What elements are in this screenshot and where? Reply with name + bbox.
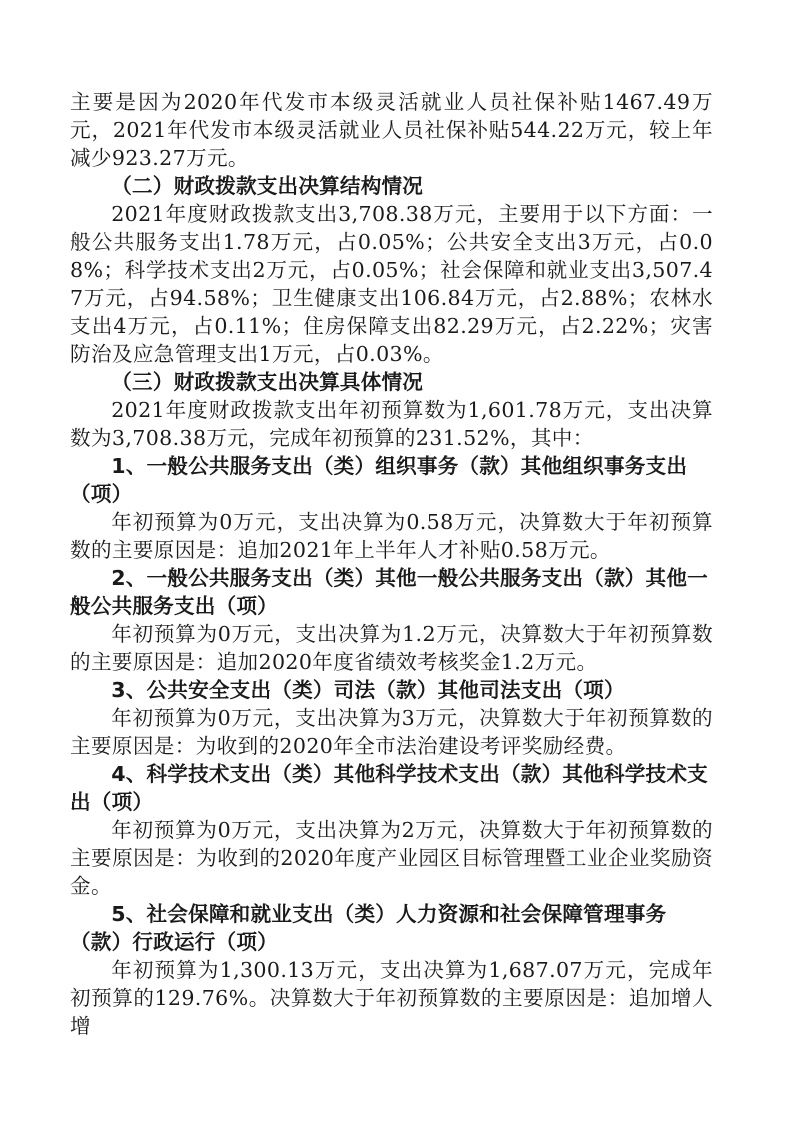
- item-paragraph-2: 年初预算为0万元，支出决算为1.2万元，决算数大于年初预算数的主要原因是：追加2…: [70, 620, 713, 676]
- paragraph-expenditure-overview: 2021年度财政拨款支出年初预算数为1,601.78万元，支出决算数为3,708…: [70, 396, 713, 452]
- section-heading-3: （三）财政拨款支出决算具体情况: [70, 368, 713, 396]
- item-paragraph-3: 年初预算为0万元，支出决算为3万元，决算数大于年初预算数的主要原因是：为收到的2…: [70, 704, 713, 760]
- section-heading-2: （二）财政拨款支出决算结构情况: [70, 172, 713, 200]
- item-heading-2: 2、一般公共服务支出（类）其他一般公共服务支出（款）其他一般公共服务支出（项）: [70, 564, 713, 620]
- item-paragraph-4: 年初预算为0万元，支出决算为2万元，决算数大于年初预算数的主要原因是：为收到的2…: [70, 816, 713, 900]
- item-heading-4: 4、科学技术支出（类）其他科学技术支出（款）其他科学技术支出（项）: [70, 760, 713, 816]
- item-paragraph-5: 年初预算为1,300.13万元，支出决算为1,687.07万元，完成年初预算的1…: [70, 956, 713, 1040]
- item-heading-1: 1、一般公共服务支出（类）组织事务（款）其他组织事务支出（项）: [70, 452, 713, 508]
- item-heading-5: 5、社会保障和就业支出（类）人力资源和社会保障管理事务（款）行政运行（项）: [70, 900, 713, 956]
- paragraph-expenditure-structure: 2021年度财政拨款支出3,708.38万元，主要用于以下方面：一般公共服务支出…: [70, 200, 713, 368]
- item-paragraph-1: 年初预算为0万元，支出决算为0.58万元，决算数大于年初预算数的主要原因是：追加…: [70, 508, 713, 564]
- document-page: 主要是因为2020年代发市本级灵活就业人员社保补贴1467.49万元，2021年…: [70, 88, 713, 1040]
- item-heading-3: 3、公共安全支出（类）司法（款）其他司法支出（项）: [70, 676, 713, 704]
- paragraph-continuation: 主要是因为2020年代发市本级灵活就业人员社保补贴1467.49万元，2021年…: [70, 88, 713, 172]
